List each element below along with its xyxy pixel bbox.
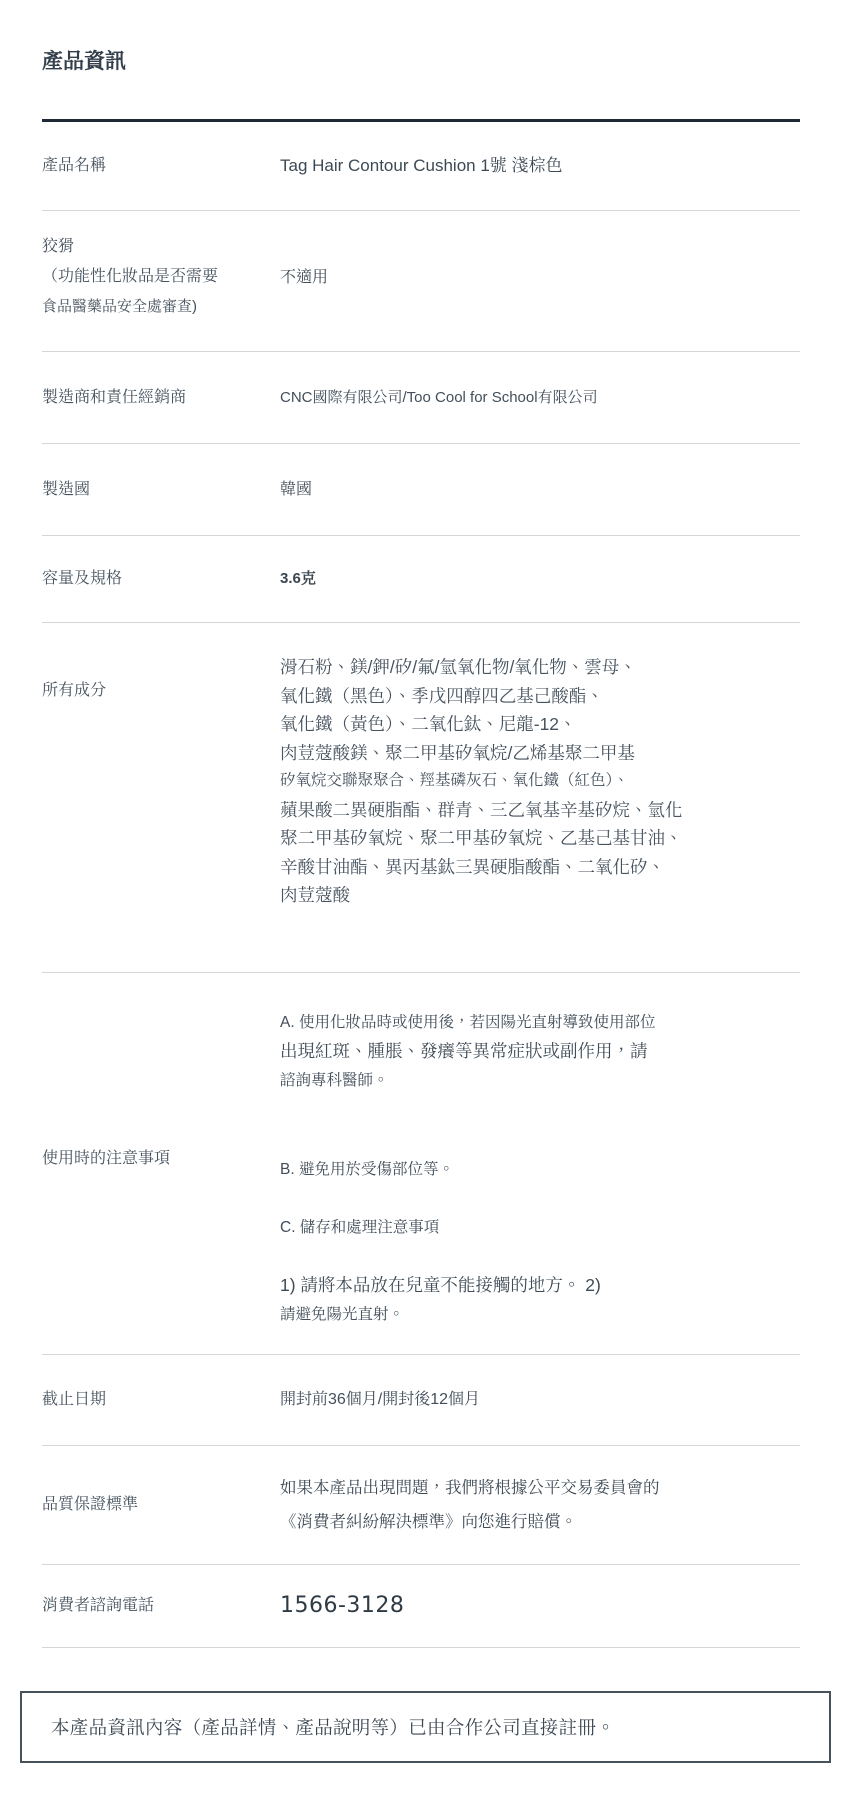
table-row-volume: 容量及規格 3.6克: [42, 536, 800, 623]
row-value: Tag Hair Contour Cushion 1號 淺棕色: [280, 153, 800, 179]
product-info-page: 產品資訊 產品名稱 Tag Hair Contour Cushion 1號 淺棕…: [0, 0, 850, 1797]
label-line: 狡猾: [42, 232, 280, 262]
row-label: 截止日期: [42, 1387, 280, 1413]
page-title: 產品資訊: [42, 46, 800, 78]
ingredient-line: 矽氧烷交聯聚聚合、羥基磷灰石、氧化鐵（紅色）、: [280, 767, 800, 796]
ingredient-line: 滑石粉、鎂/鉀/矽/氟/氫氧化物/氧化物、雲母、: [280, 653, 800, 682]
row-value: 韓國: [280, 477, 800, 503]
ingredient-line: 蘋果酸二異硬脂酯、群青、三乙氧基辛基矽烷、氫化: [280, 796, 800, 825]
row-label: 品質保證標準: [42, 1492, 280, 1518]
row-label: 所有成分: [42, 623, 280, 704]
label-line: （功能性化妝品是否需要: [42, 262, 280, 292]
footer-notice-text: 本產品資訊內容（產品詳情、產品說明等）已由合作公司直接註冊。: [51, 1714, 615, 1740]
precaution-line: 請避免陽光直射。: [280, 1300, 800, 1329]
ingredient-line: 聚二甲基矽氧烷、聚二甲基矽氧烷、乙基己基甘油、: [280, 824, 800, 853]
precaution-line: 出現紅斑、腫脹、發癢等異常症狀或副作用，請: [280, 1037, 800, 1066]
row-value: 滑石粉、鎂/鉀/矽/氟/氫氧化物/氧化物、雲母、 氧化鐵（黑色）、季戊四醇四乙基…: [280, 623, 800, 910]
row-value: CNC國際有限公司/Too Cool for School有限公司: [280, 385, 800, 411]
row-value: 3.6克: [280, 566, 800, 592]
phone-number: 1566-3128: [280, 1593, 800, 1619]
ingredient-line: 肉荳蔻酸鎂、聚二甲基矽氧烷/乙烯基聚二甲基: [280, 739, 800, 768]
ingredient-line: 辛酸甘油酯、異丙基鈦三異硬脂酸酯、二氧化矽、: [280, 853, 800, 882]
table-row-manufacturer: 製造商和責任經銷商 CNC國際有限公司/Too Cool for School有…: [42, 352, 800, 444]
precaution-paragraph-c: C. 儲存和處理注意事項: [280, 1213, 800, 1242]
precaution-paragraph-b: B. 避免用於受傷部位等。: [280, 1155, 800, 1184]
precaution-line: A. 使用化妝品時或使用後，若因陽光直射導致使用部位: [280, 1008, 800, 1037]
row-value: 不適用: [280, 265, 800, 291]
ingredient-line: 氧化鐵（黑色）、季戊四醇四乙基己酸酯、: [280, 682, 800, 711]
table-row-product-name: 產品名稱 Tag Hair Contour Cushion 1號 淺棕色: [42, 122, 800, 211]
table-row-functional-review: 狡猾 （功能性化妝品是否需要 食品醫藥品安全處審查) 不適用: [42, 211, 800, 352]
table-row-country: 製造國 韓國: [42, 444, 800, 536]
quality-line: 如果本產品出現問題，我們將根據公平交易委員會的: [280, 1471, 800, 1505]
label-line: 食品醫藥品安全處審查): [42, 292, 280, 322]
row-label: 使用時的注意事項: [42, 973, 280, 1172]
product-info-table: 產品名稱 Tag Hair Contour Cushion 1號 淺棕色 狡猾 …: [42, 122, 800, 1648]
row-value: 開封前36個月/開封後12個月: [280, 1387, 800, 1413]
row-label: 容量及規格: [42, 566, 280, 592]
row-label: 產品名稱: [42, 153, 280, 179]
row-value: 如果本產品出現問題，我們將根據公平交易委員會的 《消費者糾紛解決標準》向您進行賠…: [280, 1471, 800, 1539]
row-label: 製造商和責任經銷商: [42, 385, 280, 411]
precaution-line: 1) 請將本品放在兒童不能接觸的地方。 2): [280, 1270, 800, 1300]
ingredient-line: 氧化鐵（黃色）、二氧化鈦、尼龍-12、: [280, 710, 800, 739]
precaution-paragraph-d: 1) 請將本品放在兒童不能接觸的地方。 2) 請避免陽光直射。: [280, 1270, 800, 1329]
ingredient-line: 肉荳蔻酸: [280, 881, 800, 910]
precaution-line: 諮詢專科醫師。: [280, 1066, 800, 1095]
row-label: 製造國: [42, 477, 280, 503]
table-row-ingredients: 所有成分 滑石粉、鎂/鉀/矽/氟/氫氧化物/氧化物、雲母、 氧化鐵（黑色）、季戊…: [42, 623, 800, 973]
row-label: 狡猾 （功能性化妝品是否需要 食品醫藥品安全處審查): [42, 232, 280, 322]
footer-notice-box: 本產品資訊內容（產品詳情、產品說明等）已由合作公司直接註冊。: [20, 1691, 831, 1763]
table-row-precautions: 使用時的注意事項 A. 使用化妝品時或使用後，若因陽光直射導致使用部位 出現紅斑…: [42, 973, 800, 1355]
table-row-quality-assurance: 品質保證標準 如果本產品出現問題，我們將根據公平交易委員會的 《消費者糾紛解決標…: [42, 1446, 800, 1565]
row-label: 消費者諮詢電話: [42, 1593, 280, 1619]
row-value: A. 使用化妝品時或使用後，若因陽光直射導致使用部位 出現紅斑、腫脹、發癢等異常…: [280, 973, 800, 1354]
precaution-paragraph-a: A. 使用化妝品時或使用後，若因陽光直射導致使用部位 出現紅斑、腫脹、發癢等異常…: [280, 1008, 800, 1095]
table-row-consumer-phone: 消費者諮詢電話 1566-3128: [42, 1565, 800, 1648]
quality-line: 《消費者糾紛解決標準》向您進行賠償。: [280, 1505, 800, 1539]
table-row-expiry: 截止日期 開封前36個月/開封後12個月: [42, 1355, 800, 1446]
